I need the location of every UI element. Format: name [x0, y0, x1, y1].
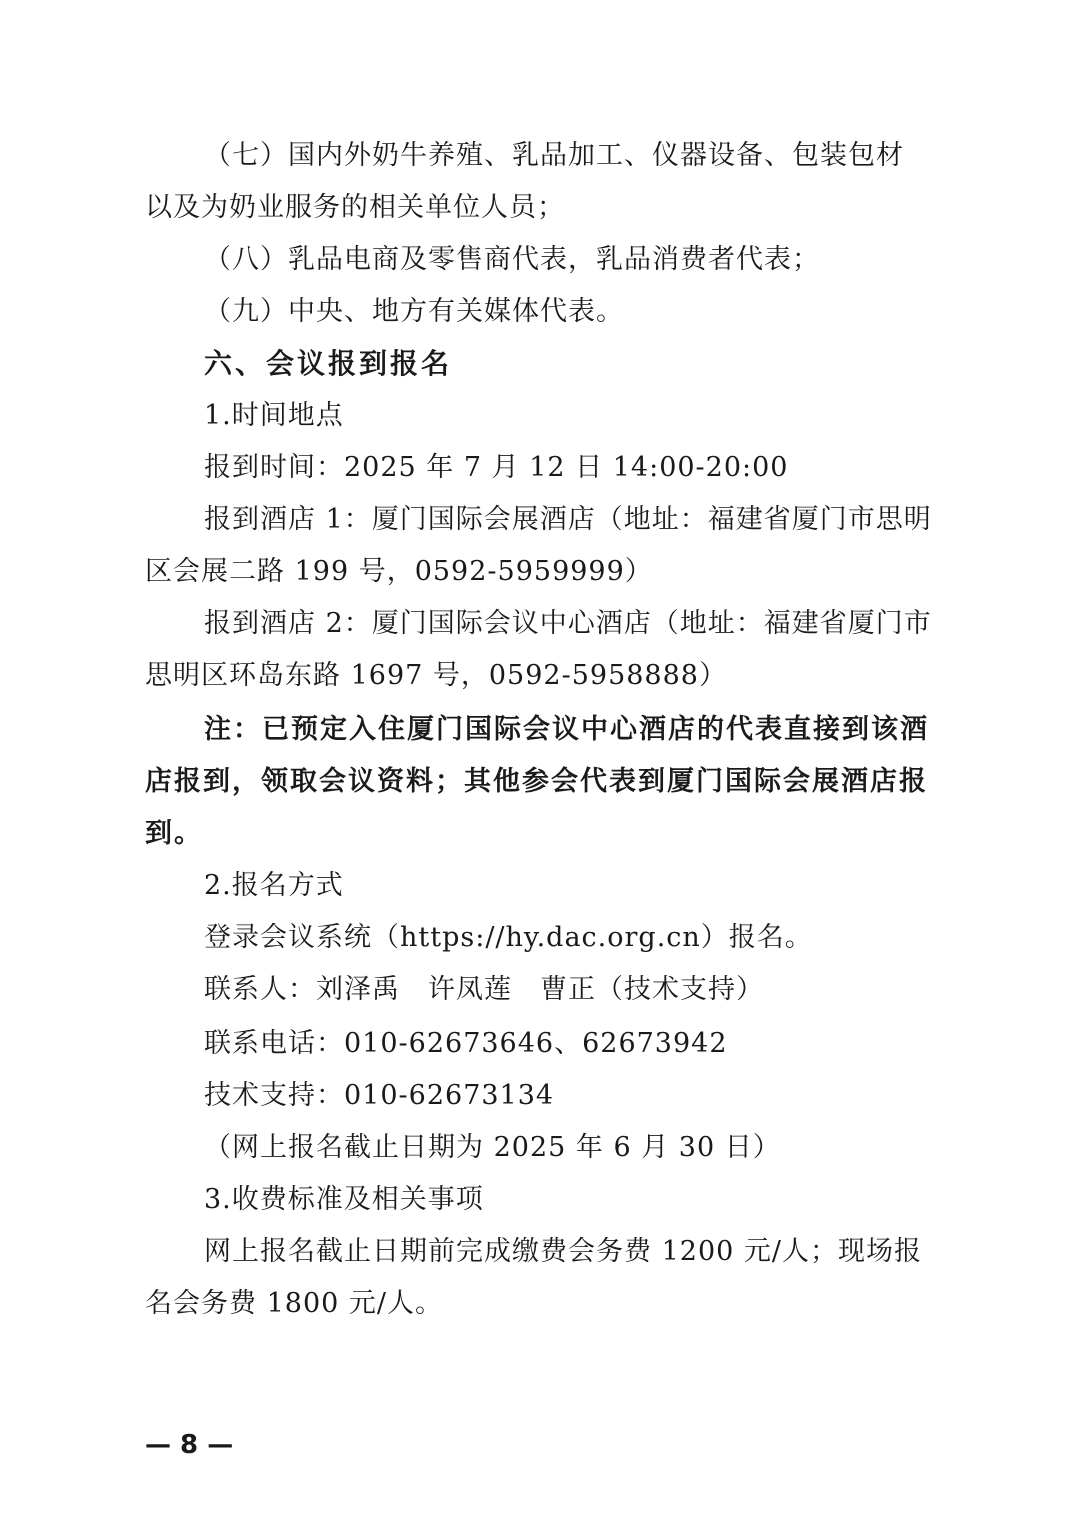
document-page: （七）国内外奶牛养殖、乳品加工、仪器设备、包装包材 以及为奶业服务的相关单位人员… [0, 0, 1080, 1527]
hotel2-line2: 思明区环岛东路 1697 号，0592-5958888） [145, 656, 727, 696]
subsection-title-registration: 2.报名方式 [204, 866, 344, 906]
contacts: 联系人：刘泽禹 许凤莲 曹正（技术支持） [204, 970, 764, 1010]
list-item-7-line2: 以及为奶业服务的相关单位人员； [145, 188, 565, 228]
section-heading: 六、会议报到报名 [204, 344, 452, 384]
hotel1-line2: 区会展二路 199 号，0592-5959999） [145, 552, 653, 592]
subsection-title-time-place: 1.时间地点 [204, 396, 344, 436]
list-item-9: （九）中央、地方有关媒体代表。 [204, 292, 624, 332]
register-instructions: 登录会议系统（https://hy.dac.org.cn）报名。 [204, 918, 813, 958]
note-line2: 店报到，领取会议资料；其他参会代表到厦门国际会展酒店报 [145, 762, 928, 802]
fee-line2: 名会务费 1800 元/人。 [145, 1284, 443, 1324]
note-line3: 到。 [145, 814, 203, 854]
page-number: — 8 — [145, 1430, 233, 1460]
registration-deadline: （网上报名截止日期为 2025 年 6 月 30 日） [204, 1128, 781, 1168]
hotel2-line1: 报到酒店 2：厦门国际会议中心酒店（地址：福建省厦门市 [204, 604, 932, 644]
tech-support-phone: 技术支持：010-62673134 [204, 1076, 554, 1116]
hotel1-line1: 报到酒店 1：厦门国际会展酒店（地址：福建省厦门市思明 [204, 500, 932, 540]
contact-phone: 联系电话：010-62673646、62673942 [204, 1024, 728, 1064]
subsection-title-fees: 3.收费标准及相关事项 [204, 1180, 484, 1220]
list-item-8: （八）乳品电商及零售商代表，乳品消费者代表； [204, 240, 820, 280]
checkin-time: 报到时间：2025 年 7 月 12 日 14:00-20:00 [204, 448, 789, 488]
fee-line1: 网上报名截止日期前完成缴费会务费 1200 元/人；现场报 [204, 1232, 922, 1272]
list-item-7-line1: （七）国内外奶牛养殖、乳品加工、仪器设备、包装包材 [204, 136, 904, 176]
note-line1: 注：已预定入住厦门国际会议中心酒店的代表直接到该酒 [204, 710, 929, 750]
